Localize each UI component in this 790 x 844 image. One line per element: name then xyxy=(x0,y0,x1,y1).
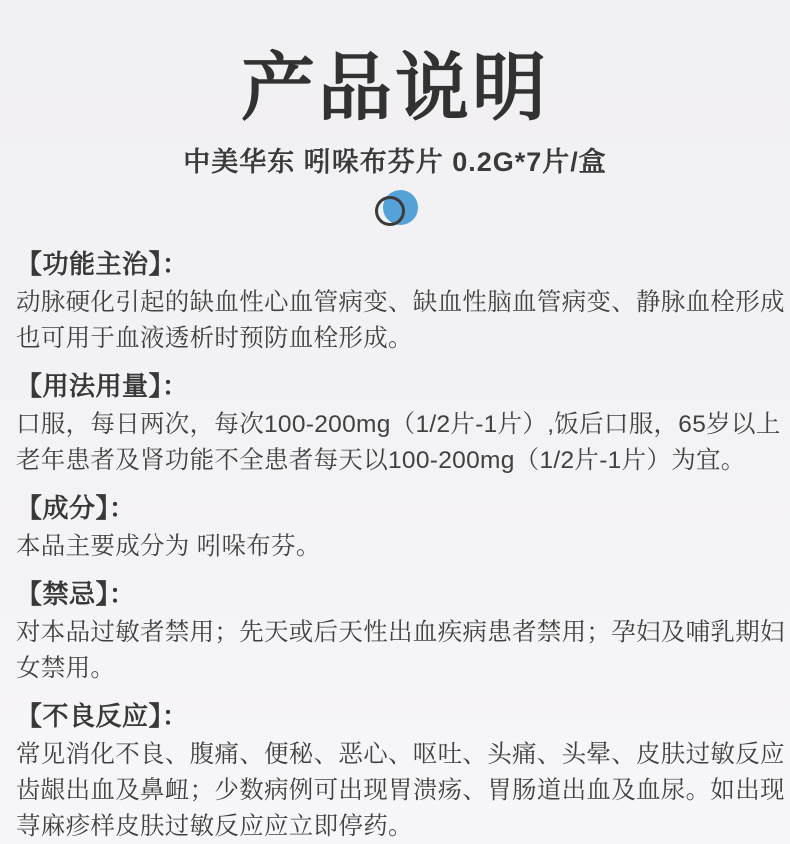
section-heading: 【禁忌】： xyxy=(16,575,774,613)
product-description-page: 产品说明 中美华东 吲哚布芬片 0.2G*7片/盒 【功能主治】： 动脉硬化引起… xyxy=(0,0,790,844)
section-text-line: 对本品过敏者禁用；先天或后天性出血疾病患者禁用；孕妇及哺乳期妇 xyxy=(16,615,774,651)
section-heading: 【不良反应】： xyxy=(16,697,774,735)
section-text-line: 本品主要成分为 吲哚布芬。 xyxy=(16,529,774,565)
section-contraindications: 【禁忌】： 对本品过敏者禁用；先天或后天性出血疾病患者禁用；孕妇及哺乳期妇 女禁… xyxy=(16,575,774,687)
section-dosage: 【用法用量】： 口服，每日两次，每次100-200mg（1/2片-1片）,饭后口… xyxy=(16,367,774,479)
circles-decoration xyxy=(0,187,790,235)
section-text-line: 口服，每日两次，每次100-200mg（1/2片-1片）,饭后口服，65岁以上 xyxy=(16,407,774,443)
section-text-line: 老年患者及肾功能不全患者每天以100-200mg（1/2片-1片）为宜。 xyxy=(16,443,774,479)
section-heading: 【用法用量】： xyxy=(16,367,774,405)
section-ingredients: 【成分】： 本品主要成分为 吲哚布芬。 xyxy=(16,489,774,565)
section-heading: 【成分】： xyxy=(16,489,774,527)
product-name: 中美华东 吲哚布芬片 0.2G*7片/盒 xyxy=(0,140,790,179)
section-heading: 【功能主治】： xyxy=(16,245,774,283)
section-text-line: 女禁用。 xyxy=(16,651,774,687)
section-text-line: 齿龈出血及鼻衄；少数病例可出现胃溃疡、胃肠道出血及血尿。如出现 xyxy=(16,773,774,809)
section-text-line: 常见消化不良、腹痛、便秘、恶心、呕吐、头痛、头晕、皮肤过敏反应 xyxy=(16,737,774,773)
sections-container: 【功能主治】： 动脉硬化引起的缺血性心血管病变、缺血性脑血管病变、静脉血栓形成 … xyxy=(0,245,790,844)
section-adverse-reactions: 【不良反应】： 常见消化不良、腹痛、便秘、恶心、呕吐、头痛、头晕、皮肤过敏反应 … xyxy=(16,697,774,844)
section-text-line: 也可用于血液透析时预防血栓形成。 xyxy=(16,321,774,357)
section-text-line: 动脉硬化引起的缺血性心血管病变、缺血性脑血管病变、静脉血栓形成 xyxy=(16,285,774,321)
page-title: 产品说明 xyxy=(0,0,790,125)
section-text-line: 荨麻疹样皮肤过敏反应应立即停药。 xyxy=(16,809,774,844)
section-indications: 【功能主治】： 动脉硬化引起的缺血性心血管病变、缺血性脑血管病变、静脉血栓形成 … xyxy=(16,245,774,357)
